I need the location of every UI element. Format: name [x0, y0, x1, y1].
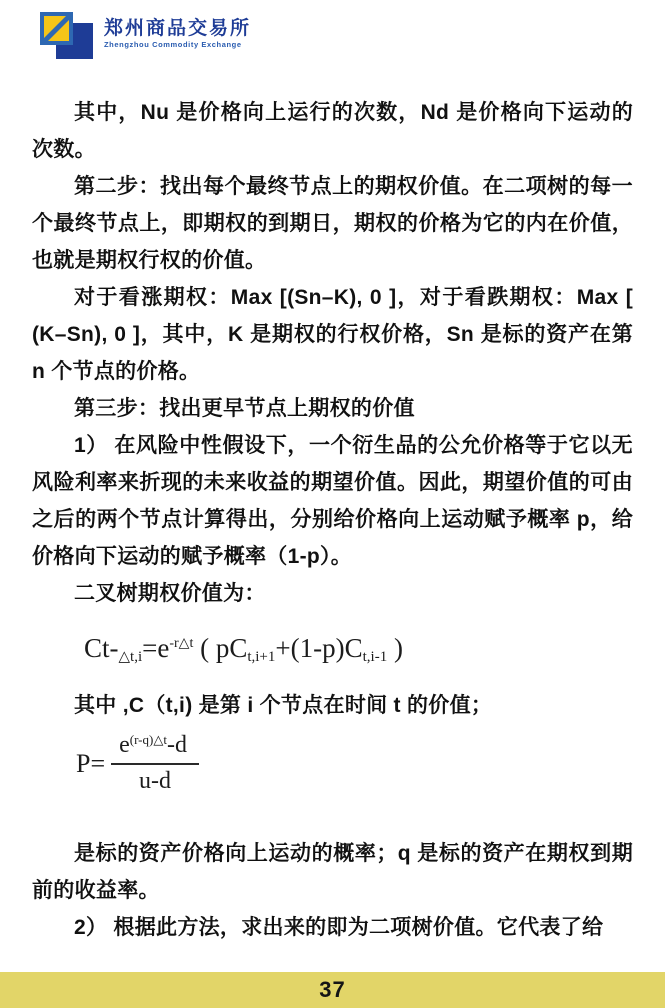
formula-numerator: e(r-q)△t-d	[111, 732, 199, 765]
formula-p-lhs: P=	[76, 749, 105, 779]
logo-title-en: Zhengzhou Commodity Exchange	[104, 40, 251, 50]
formula-lhs: Ct-	[84, 633, 119, 663]
paragraph-probability-explanation: 是标的资产价格向上运动的概率；q 是标的资产在期权到期前的收益率。	[32, 835, 633, 909]
header: 郑州商品交易所 Zhengzhou Commodity Exchange	[0, 0, 665, 62]
paragraph-cti-definition: 其中 ,C（t,i) 是第 i 个节点在时间 t 的价值；	[32, 687, 633, 724]
paragraph-nu-nd-definition: 其中，Nu 是价格向上运行的次数，Nd 是价格向下运动的次数。	[32, 94, 633, 168]
formula-subscript-up: t,i+1	[247, 649, 275, 665]
formula-close-paren: )	[387, 633, 403, 663]
document-body: 其中，Nu 是价格向上运行的次数，Nd 是价格向下运动的次数。 第二步：找出每个…	[0, 62, 665, 946]
formula-open-paren: ( pC	[193, 633, 247, 663]
formula-subscript-down: t,i-1	[363, 649, 388, 665]
page-footer: 37	[0, 972, 665, 1008]
paragraph-step-two: 第二步：找出每个最终节点上的期权价值。在二项树的每一个最终节点上，即期权的到期日…	[32, 168, 633, 279]
formula-lhs-subscript: △t,i	[119, 649, 143, 665]
paragraph-binomial-value-intro: 二叉树期权价值为：	[32, 575, 633, 612]
formula-numerator-tail: -d	[167, 732, 187, 758]
exchange-logo: 郑州商品交易所 Zhengzhou Commodity Exchange	[40, 12, 665, 60]
paragraph-risk-neutral: 1） 在风险中性假设下，一个衍生品的公允价格等于它以无风险利率来折现的未来收益的…	[32, 427, 633, 575]
formula-numerator-base: e	[119, 732, 130, 758]
formula-fraction: e(r-q)△t-d u-d	[111, 732, 199, 795]
paragraph-method-result: 2） 根据此方法，求出来的即为二项树价值。它代表了给	[32, 909, 633, 946]
formula-binomial-option-value: Ct-△t,i=e-r△t ( pCt,i+1+(1-p)Ct,i-1 )	[84, 622, 633, 679]
logo-title-cn: 郑州商品交易所	[104, 18, 251, 40]
logo-text-block: 郑州商品交易所 Zhengzhou Commodity Exchange	[104, 12, 251, 50]
formula-middle: +(1-p)C	[275, 633, 362, 663]
page-number: 37	[319, 977, 345, 1003]
exchange-logo-icon	[40, 12, 94, 60]
formula-probability-p: P= e(r-q)△t-d u-d	[76, 732, 633, 795]
document-page: 郑州商品交易所 Zhengzhou Commodity Exchange 其中，…	[0, 0, 665, 1008]
paragraph-call-put-payoff: 对于看涨期权：Max [(Sn–K), 0 ]，对于看跌期权：Max [ (K–…	[32, 279, 633, 390]
formula-denominator: u-d	[139, 765, 171, 796]
formula-numerator-exponent: (r-q)△t	[130, 732, 167, 747]
formula-exponent: -r△t	[169, 636, 193, 651]
paragraph-step-three: 第三步：找出更早节点上期权的价值	[32, 390, 633, 427]
formula-equals-e: =e	[142, 633, 169, 663]
